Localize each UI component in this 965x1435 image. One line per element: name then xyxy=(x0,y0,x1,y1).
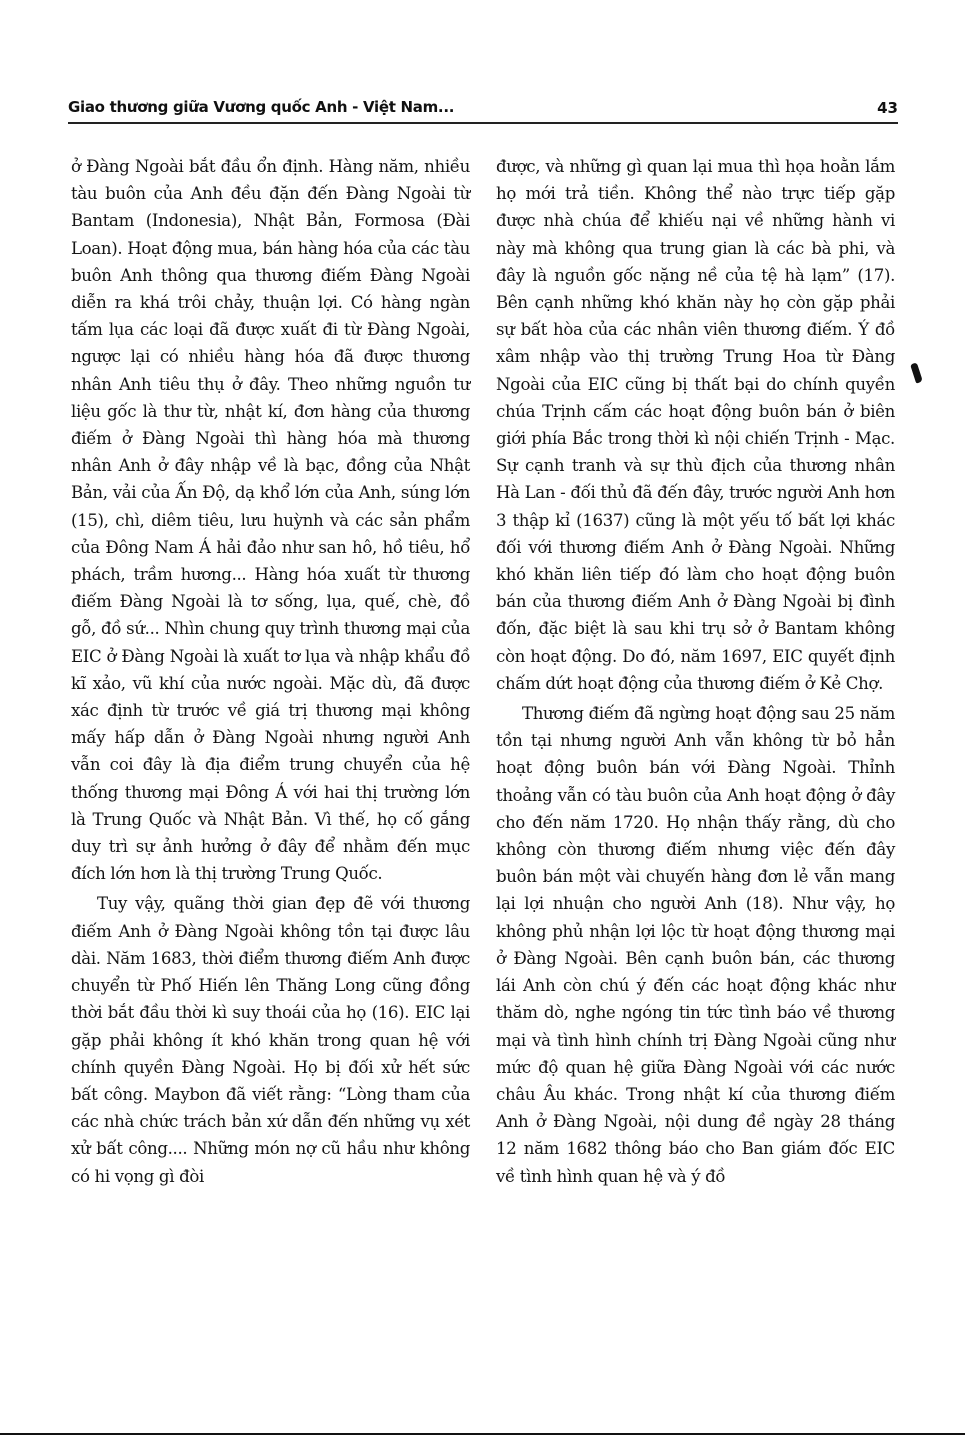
left-paragraph-2: Tuy vậy, quãng thời gian đẹp đẽ với thươ… xyxy=(71,890,470,1189)
ink-mark-icon xyxy=(910,362,923,383)
page-number: 43 xyxy=(877,99,898,117)
right-column: được, và những gì quan lại mua thì họa h… xyxy=(496,153,895,1190)
left-paragraph-1: ở Đàng Ngoài bắt đầu ổn định. Hàng năm, … xyxy=(71,153,470,887)
left-column: ở Đàng Ngoài bắt đầu ổn định. Hàng năm, … xyxy=(71,153,470,1190)
right-paragraph-1: được, và những gì quan lại mua thì họa h… xyxy=(496,153,895,697)
running-header-title: Giao thương giữa Vương quốc Anh - Việt N… xyxy=(68,98,454,116)
running-header: Giao thương giữa Vương quốc Anh - Việt N… xyxy=(68,98,898,124)
right-paragraph-2: Thương điếm đã ngừng hoạt động sau 25 nă… xyxy=(496,700,895,1190)
